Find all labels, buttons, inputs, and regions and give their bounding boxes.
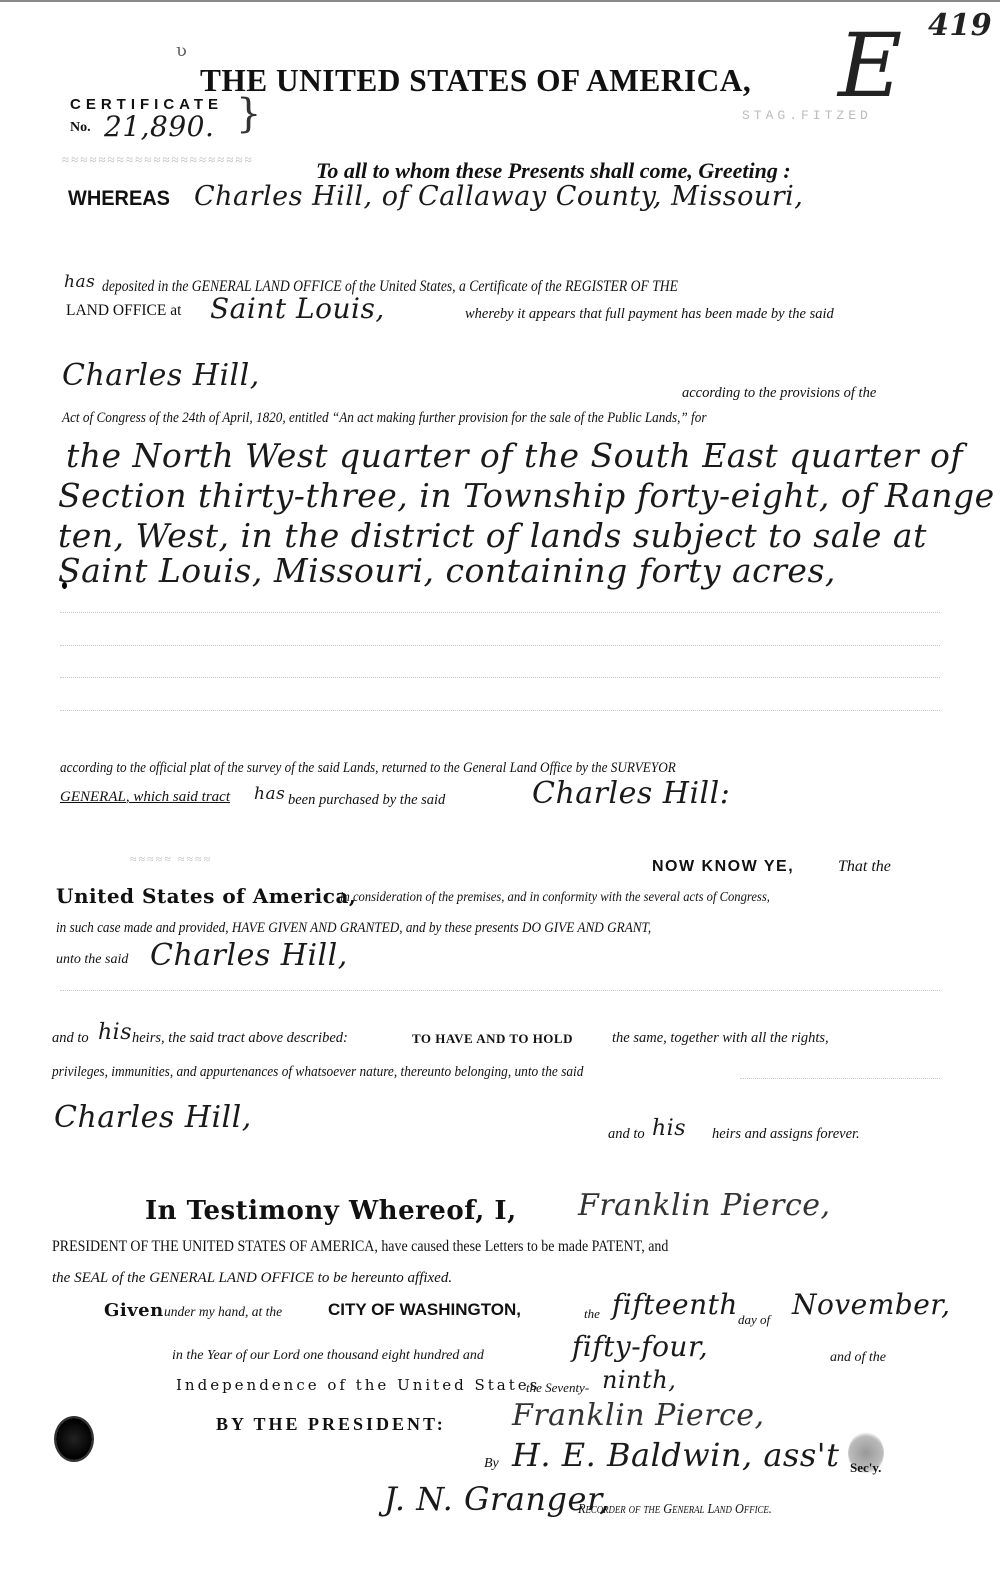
- act-text: Act of Congress of the 24th of April, 18…: [62, 410, 706, 427]
- secretary-signature: H. E. Baldwin, ass't: [512, 1436, 839, 1474]
- testimony-text: PRESIDENT OF THE UNITED STATES OF AMERIC…: [52, 1238, 668, 1256]
- grantee-residence: Charles Hill, of Callaway County, Missou…: [194, 181, 803, 212]
- the-label: the: [584, 1306, 600, 1322]
- certificate-number: 21,890.: [104, 110, 214, 143]
- certificate-brace: }: [236, 94, 261, 134]
- his-handwritten: his: [652, 1116, 686, 1141]
- provisions-text: according to the provisions of the: [682, 385, 876, 402]
- heirs-and-assigns: heirs and assigns forever.: [712, 1126, 860, 1143]
- payer-name: Charles Hill,: [62, 358, 260, 393]
- recorder-signature: J. N. Granger,: [384, 1480, 610, 1518]
- grant-text: in consideration of the premises, and in…: [340, 890, 770, 906]
- blank-line: [60, 612, 940, 613]
- act-of-congress-line: Act of Congress of the 24th of April, 18…: [62, 410, 794, 427]
- habendum-line-1: heirs, the said tract above described:: [132, 1030, 348, 1047]
- recorder-title: Recorder of the General Land Office.: [578, 1502, 798, 1518]
- faint-stamp: STAG.FITZED: [742, 108, 872, 123]
- grant-line-2: in such case made and provided, HAVE GIV…: [56, 920, 732, 937]
- corner-letter-annotation: E: [838, 14, 903, 117]
- by-the-president: BY THE PRESIDENT:: [216, 1414, 446, 1435]
- and-of-the: and of the: [830, 1350, 886, 1366]
- blank-line: [740, 1078, 940, 1079]
- blank-line: [60, 677, 940, 678]
- survey-line-1: according to the official plat of the su…: [60, 760, 760, 777]
- that-the: That the: [838, 858, 891, 876]
- president-signature: Franklin Pierce,: [512, 1398, 765, 1433]
- city-of-washington: CITY OF WASHINGTON,: [328, 1300, 521, 1320]
- faint-bleedthrough-text: ≈≈≈≈≈≈≈≈≈≈≈≈≈≈≈≈≈≈≈≈≈: [62, 152, 254, 168]
- faint-bracket-mark: ʋ: [176, 40, 187, 61]
- habendum-line-1-end: the same, together with all the rights,: [612, 1030, 829, 1047]
- independence-handwritten: ninth,: [602, 1366, 676, 1394]
- blank-line: [60, 645, 940, 646]
- grantee-name: Charles Hill,: [54, 1100, 252, 1135]
- recorder-title-text: Recorder of the General Land Office.: [578, 1502, 772, 1518]
- faint-bleedthrough-text: ≈≈≈≈≈ ≈≈≈≈: [130, 852, 212, 867]
- president-name: Franklin Pierce,: [578, 1188, 831, 1223]
- and-to: and to: [608, 1126, 645, 1143]
- land-description-line-2: Section thirty-three, in Township forty-…: [58, 476, 995, 515]
- habendum-line-2: privileges, immunities, and appurtenance…: [52, 1064, 630, 1081]
- survey-line-2-prefix: GENERAL, which said tract: [60, 789, 230, 806]
- unto-the-said: unto the said: [56, 952, 128, 968]
- secretary-title: Sec'y.: [850, 1460, 881, 1476]
- under-my-hand: under my hand, at the: [164, 1304, 282, 1320]
- the-seventy: the Seventy-: [526, 1380, 589, 1396]
- general-land-office-seal: [56, 1418, 92, 1460]
- purchaser-name: Charles Hill:: [532, 776, 730, 811]
- testimony-line-1: PRESIDENT OF THE UNITED STATES OF AMERIC…: [52, 1238, 737, 1256]
- has-handwritten: has: [64, 272, 95, 292]
- scan-border-line: [0, 0, 1000, 2]
- corner-number-annotation: 419: [928, 8, 992, 43]
- whereas-label: WHEREAS: [68, 187, 170, 211]
- land-description-line-4: Saint Louis, Missouri, containing forty …: [58, 551, 836, 590]
- day-handwritten: fifteenth: [612, 1288, 738, 1321]
- deposit-text: deposited in the GENERAL LAND OFFICE of …: [102, 278, 678, 296]
- blank-line: [60, 990, 940, 991]
- independence-gothic: Independence of the United States: [176, 1376, 540, 1394]
- testimony-line-2: the SEAL of the GENERAL LAND OFFICE to b…: [52, 1270, 452, 1287]
- grant-line-1: in consideration of the premises, and in…: [340, 890, 818, 906]
- habendum-text: privileges, immunities, and appurtenance…: [52, 1064, 583, 1081]
- payment-line: whereby it appears that full payment has…: [465, 306, 834, 323]
- grant-text: in such case made and provided, HAVE GIV…: [56, 920, 651, 937]
- and-to: and to: [52, 1030, 89, 1047]
- his-handwritten: his: [98, 1020, 132, 1045]
- now-know-ye: NOW KNOW YE,: [652, 858, 794, 876]
- land-description-line-3: ten, West, in the district of lands subj…: [58, 516, 927, 555]
- by-label: By: [484, 1456, 499, 1472]
- month-handwritten: November,: [792, 1288, 951, 1321]
- year-prefix: in the Year of our Lord one thousand eig…: [172, 1348, 484, 1364]
- number-label: No.: [70, 120, 91, 136]
- ink-dot: [62, 582, 67, 589]
- given-gothic: Given: [104, 1300, 164, 1321]
- document-title: THE UNITED STATES OF AMERICA,: [200, 62, 751, 99]
- day-of: day of: [738, 1312, 770, 1328]
- year-handwritten: fifty-four,: [572, 1330, 708, 1363]
- survey-text: according to the official plat of the su…: [60, 760, 676, 777]
- land-patent-document: ʋ THE UNITED STATES OF AMERICA, E 419 ST…: [0, 0, 1000, 1572]
- deposit-line-1: deposited in the GENERAL LAND OFFICE of …: [102, 278, 757, 296]
- blank-line: [60, 710, 940, 711]
- grantee-name: Charles Hill,: [150, 938, 348, 973]
- has-handwritten: has: [254, 784, 285, 804]
- land-office-prefix: LAND OFFICE at: [66, 302, 181, 320]
- testimony-heading: In Testimony Whereof, I,: [145, 1196, 517, 1226]
- land-office-location: Saint Louis,: [210, 292, 385, 325]
- survey-line-2-mid: been purchased by the said: [288, 792, 445, 809]
- to-have-and-hold: TO HAVE AND TO HOLD: [412, 1031, 573, 1047]
- land-description-line-1: the North West quarter of the South East…: [66, 436, 963, 475]
- united-states-gothic: United States of America,: [56, 884, 356, 908]
